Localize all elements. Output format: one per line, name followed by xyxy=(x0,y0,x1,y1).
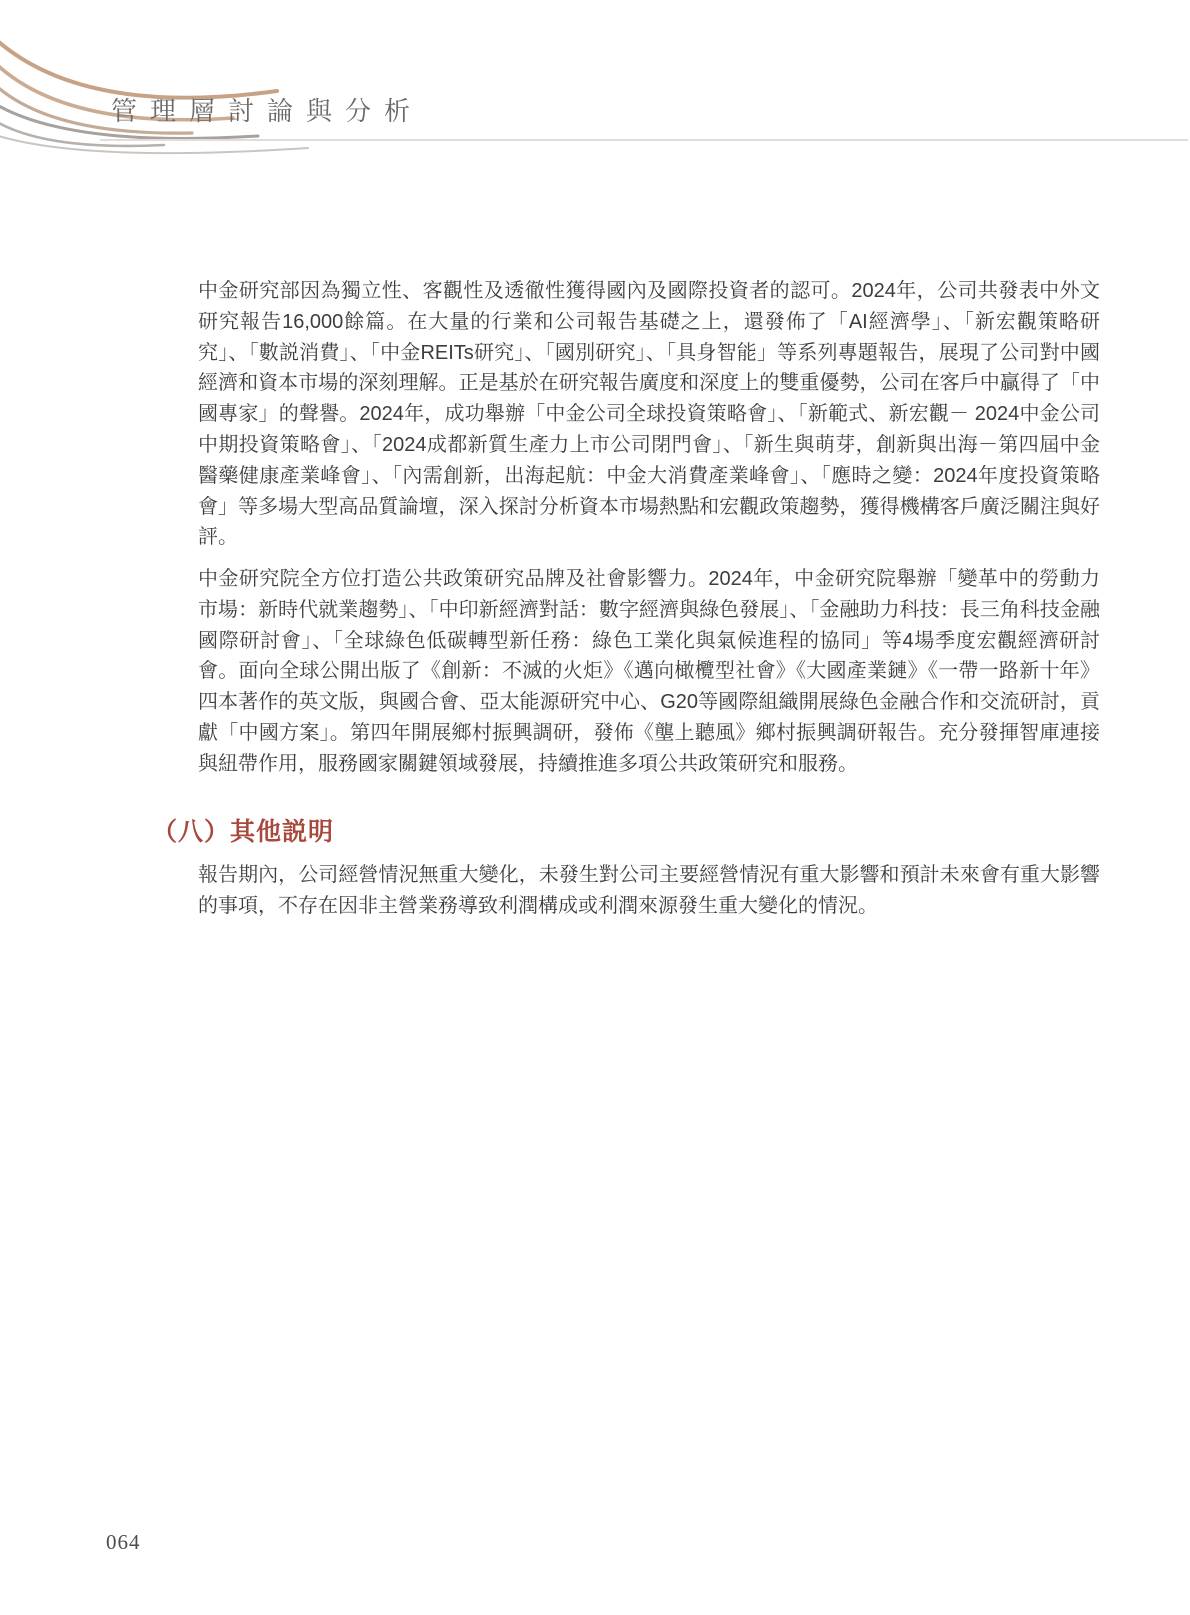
page-title: 管理層討論與分析 xyxy=(111,91,423,128)
header-divider xyxy=(100,139,1188,141)
paragraph-other-notes: 報告期內，公司經營情況無重大變化，未發生對公司主要經營情況有重大影響和預計未來會… xyxy=(198,860,1100,922)
paragraph-research-institute: 中金研究院全方位打造公共政策研究品牌及社會影響力。2024年，中金研究院舉辦「變… xyxy=(198,564,1100,780)
report-page: 管理層討論與分析 中金研究部因為獨立性、客觀性及透徹性獲得國內及國際投資者的認可… xyxy=(0,0,1190,1615)
page-number: 064 xyxy=(106,1530,141,1555)
section-heading-other-notes: （八）其他説明 xyxy=(152,812,334,848)
paragraph-research-department: 中金研究部因為獨立性、客觀性及透徹性獲得國內及國際投資者的認可。2024年，公司… xyxy=(198,276,1100,553)
